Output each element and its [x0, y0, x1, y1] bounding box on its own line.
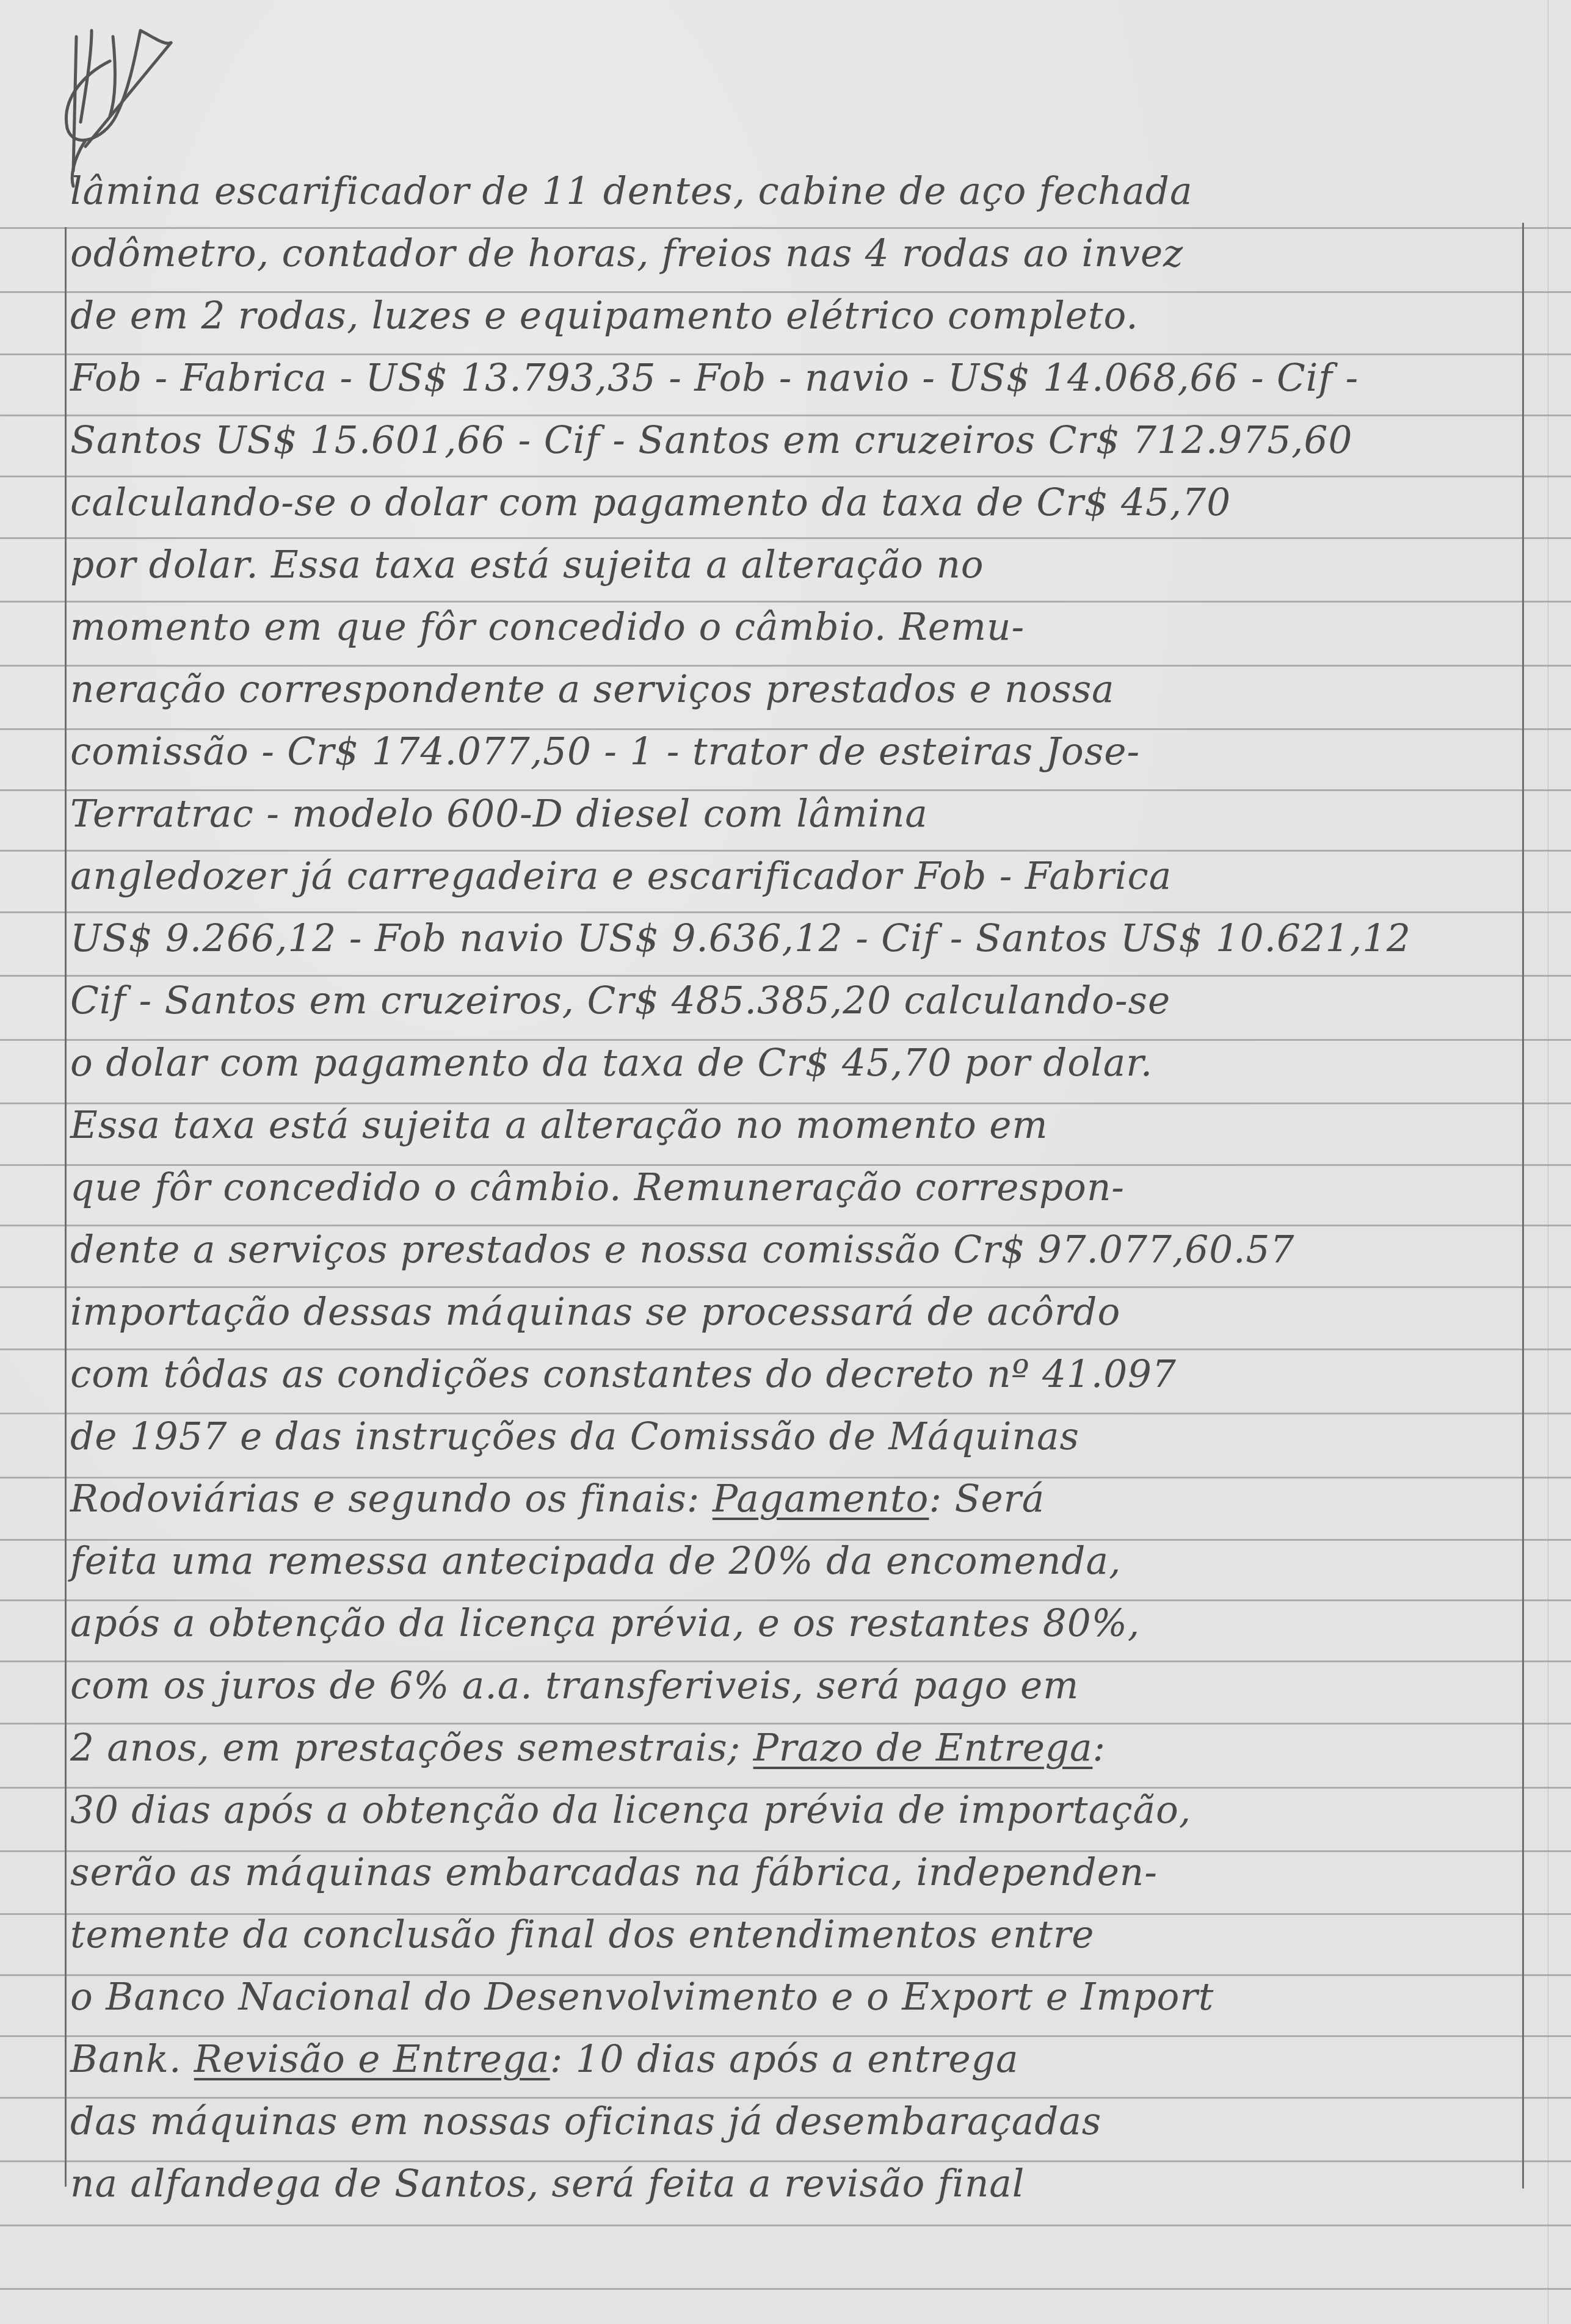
handwritten-line: feita uma remessa antecipada de 20% da e…	[70, 1530, 1504, 1592]
handwritten-line: angledozer já carregadeira e escarificad…	[70, 845, 1504, 907]
handwritten-line: importação dessas máquinas se processará…	[70, 1281, 1504, 1343]
handwritten-text-block: lâmina escarificador de 11 dentes, cabin…	[70, 160, 1523, 2215]
handwritten-line: com os juros de 6% a.a. transferiveis, s…	[70, 1654, 1504, 1717]
handwritten-line: Santos US$ 15.601,66 - Cif - Santos em c…	[70, 409, 1504, 471]
handwritten-line: após a obtenção da licença prévia, e os …	[70, 1592, 1504, 1654]
handwritten-line: 30 dias após a obtenção da licença prévi…	[70, 1779, 1504, 1841]
handwritten-line: Fob - Fabrica - US$ 13.793,35 - Fob - na…	[70, 347, 1504, 409]
handwritten-line: calculando-se o dolar com pagamento da t…	[70, 471, 1504, 534]
handwritten-line: o Banco Nacional do Desenvolvimento e o …	[70, 1966, 1504, 2028]
underlined-heading: Prazo de Entrega	[753, 1725, 1093, 1770]
handwritten-line: Essa taxa está sujeita a alteração no mo…	[70, 1094, 1504, 1156]
handwritten-line: por dolar. Essa taxa está sujeita a alte…	[70, 534, 1504, 596]
handwritten-line: na alfandega de Santos, será feita a rev…	[70, 2152, 1504, 2215]
ruled-line	[0, 2288, 1571, 2290]
handwritten-line: de em 2 rodas, luzes e equipamento elétr…	[70, 284, 1504, 347]
ruled-line	[0, 2224, 1571, 2226]
handwritten-line: momento em que fôr concedido o câmbio. R…	[70, 596, 1504, 658]
handwritten-line: 2 anos, em prestações semestrais; Prazo …	[70, 1717, 1504, 1779]
handwritten-line: o dolar com pagamento da taxa de Cr$ 45,…	[70, 1032, 1504, 1094]
handwritten-line: comissão - Cr$ 174.077,50 - 1 - trator d…	[70, 720, 1504, 783]
handwritten-line: de 1957 e das instruções da Comissão de …	[70, 1405, 1504, 1468]
handwritten-line: Terratrac - modelo 600-D diesel com lâmi…	[70, 783, 1504, 845]
underlined-heading: Pagamento	[713, 1476, 929, 1521]
handwritten-line: serão as máquinas embarcadas na fábrica,…	[70, 1841, 1504, 1903]
handwritten-line: Rodoviárias e segundo os finais: Pagamen…	[70, 1468, 1504, 1530]
handwritten-line: odômetro, contador de horas, freios nas …	[70, 222, 1504, 284]
handwritten-line: lâmina escarificador de 11 dentes, cabin…	[70, 160, 1504, 222]
handwritten-line: com tôdas as condições constantes do dec…	[70, 1343, 1504, 1405]
underlined-heading: Revisão e Entrega	[194, 2036, 550, 2081]
handwritten-line: US$ 9.266,12 - Fob navio US$ 9.636,12 - …	[70, 907, 1504, 969]
handwritten-line: das máquinas em nossas oficinas já desem…	[70, 2090, 1504, 2152]
left-margin-line	[65, 227, 67, 2187]
handwritten-line: Cif - Santos em cruzeiros, Cr$ 485.385,2…	[70, 969, 1504, 1032]
handwritten-line: que fôr concedido o câmbio. Remuneração …	[70, 1156, 1504, 1218]
handwritten-line: Bank. Revisão e Entrega: 10 dias após a …	[70, 2028, 1504, 2090]
handwritten-line: temente da conclusão final dos entendime…	[70, 1903, 1504, 1966]
handwritten-line: dente a serviços prestados e nossa comis…	[70, 1218, 1504, 1281]
handwritten-line: neração correspondente a serviços presta…	[70, 658, 1504, 720]
